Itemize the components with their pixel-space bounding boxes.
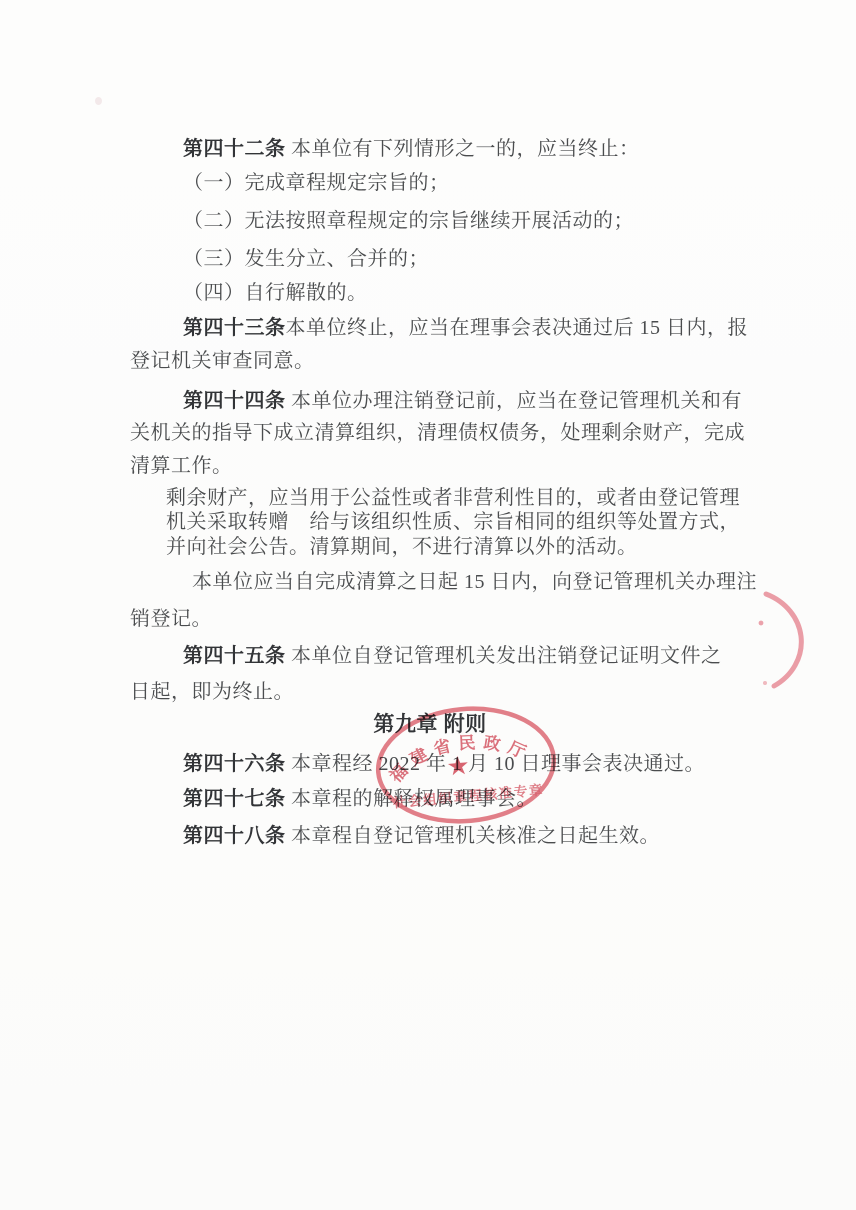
text-line: 第四十五条 本单位自登记管理机关发出注销登记证明文件之 bbox=[183, 645, 722, 667]
text-run: 本单位自登记管理机关发出注销登记证明文件之 bbox=[286, 645, 722, 667]
text-line: 销登记。 bbox=[130, 608, 212, 630]
document-text: 第四十二条 本单位有下列情形之一的，应当终止：（一）完成章程规定宗旨的；（二）无… bbox=[0, 0, 856, 1210]
text-line: 第四十二条 本单位有下列情形之一的，应当终止： bbox=[183, 138, 640, 160]
text-line: （一）完成章程规定宗旨的； bbox=[183, 172, 450, 194]
article-number: 第四十三条 bbox=[183, 317, 286, 339]
text-line: 机关采取转赠 给与该组织性质、宗旨相同的组织等处置方式， bbox=[166, 511, 740, 533]
text-line: 第四十四条 本单位办理注销登记前，应当在登记管理机关和有 bbox=[183, 390, 742, 412]
text-run: 剩余财产，应当用于公益性或者非营利性目的，或者由登记管理 bbox=[166, 487, 740, 509]
text-run: 本单位终止，应当在理事会表决通过后 15 日内，报 bbox=[286, 317, 749, 339]
text-line: （三）发生分立、合并的； bbox=[183, 248, 429, 270]
text-run: （一）完成章程规定宗旨的； bbox=[183, 172, 450, 194]
text-line: 并向社会公告。清算期间，不进行清算以外的活动。 bbox=[166, 536, 638, 558]
text-run: （三）发生分立、合并的； bbox=[183, 248, 429, 270]
text-run: 本章程的解释权属理事会。 bbox=[286, 788, 538, 810]
text-run: 登记机关审查同意。 bbox=[130, 350, 315, 372]
text-run: 本章程经 2022 年 1 月 10 日理事会表决通过。 bbox=[286, 753, 706, 775]
text-run: 清算工作。 bbox=[130, 455, 233, 477]
text-line: 登记机关审查同意。 bbox=[130, 350, 315, 372]
text-line: 第九章 附则 bbox=[130, 713, 730, 736]
text-run: 本单位应当自完成清算之日起 15 日内，向登记管理机关办理注 bbox=[192, 571, 757, 593]
text-line: 第四十三条本单位终止，应当在理事会表决通过后 15 日内，报 bbox=[183, 317, 748, 339]
text-line: 剩余财产，应当用于公益性或者非营利性目的，或者由登记管理 bbox=[166, 487, 740, 509]
text-run: （二）无法按照章程规定的宗旨继续开展活动的； bbox=[183, 210, 634, 232]
text-line: 第四十六条 本章程经 2022 年 1 月 10 日理事会表决通过。 bbox=[183, 753, 705, 775]
text-line: 日起，即为终止。 bbox=[130, 681, 294, 703]
text-line: （四）自行解散的。 bbox=[183, 282, 368, 304]
article-number: 第四十六条 bbox=[183, 753, 286, 775]
article-number: 第四十七条 bbox=[183, 788, 286, 810]
text-run: 日起，即为终止。 bbox=[130, 681, 294, 703]
text-line: 第四十七条 本章程的解释权属理事会。 bbox=[183, 788, 537, 810]
text-run: 关机关的指导下成立清算组织，清理债权债务，处理剩余财产，完成 bbox=[130, 422, 745, 444]
text-line: 本单位应当自完成清算之日起 15 日内，向登记管理机关办理注 bbox=[192, 571, 757, 593]
text-line: 清算工作。 bbox=[130, 455, 233, 477]
text-line: 关机关的指导下成立清算组织，清理债权债务，处理剩余财产，完成 bbox=[130, 422, 745, 444]
text-run: 本单位办理注销登记前，应当在登记管理机关和有 bbox=[286, 390, 743, 412]
text-run: 并向社会公告。清算期间，不进行清算以外的活动。 bbox=[166, 536, 638, 558]
article-number: 第四十四条 bbox=[183, 390, 286, 412]
text-line: （二）无法按照章程规定的宗旨继续开展活动的； bbox=[183, 210, 634, 232]
text-run: 机关采取转赠 给与该组织性质、宗旨相同的组织等处置方式， bbox=[166, 511, 740, 533]
text-run: 本单位有下列情形之一的，应当终止： bbox=[286, 138, 640, 160]
text-run: 本章程自登记管理机关核准之日起生效。 bbox=[286, 825, 661, 847]
article-number: 第四十八条 bbox=[183, 825, 286, 847]
article-number: 第九章 附则 bbox=[373, 712, 486, 736]
article-number: 第四十五条 bbox=[183, 645, 286, 667]
text-line: 第四十八条 本章程自登记管理机关核准之日起生效。 bbox=[183, 825, 660, 847]
text-run: （四）自行解散的。 bbox=[183, 282, 368, 304]
scanned-document-page: 第四十二条 本单位有下列情形之一的，应当终止：（一）完成章程规定宗旨的；（二）无… bbox=[0, 0, 856, 1210]
article-number: 第四十二条 bbox=[183, 138, 286, 160]
text-run: 销登记。 bbox=[130, 608, 212, 630]
